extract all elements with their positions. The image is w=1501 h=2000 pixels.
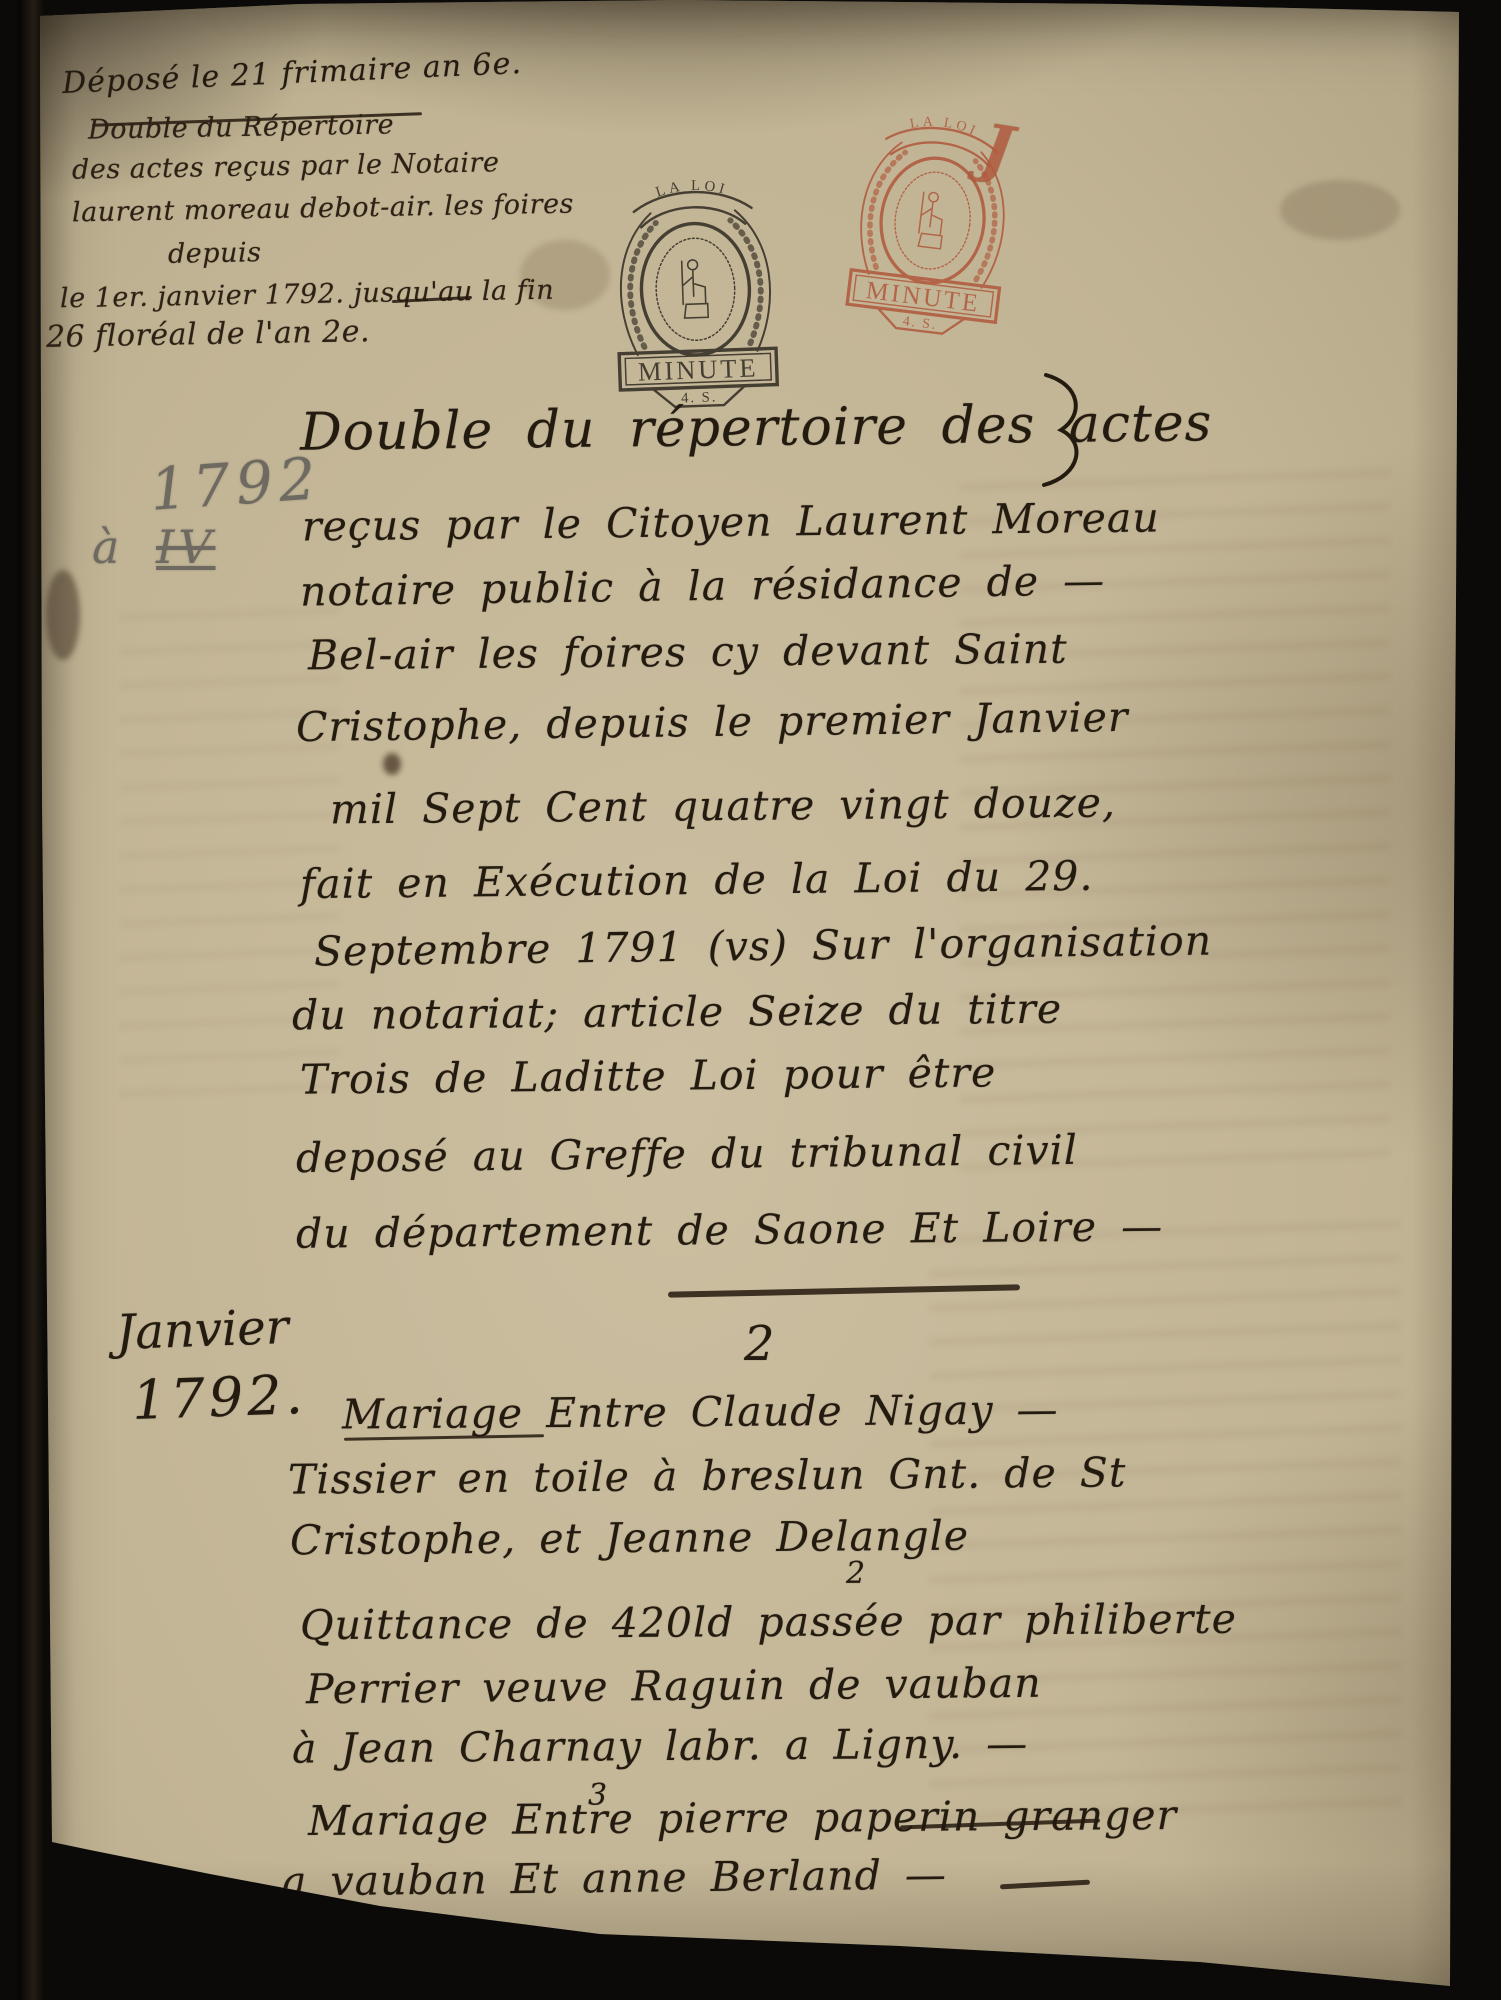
margin-month: Janvier <box>115 1299 289 1361</box>
stamp-label-text: MINUTE <box>637 352 759 386</box>
margin-year: 1792. <box>131 1363 308 1432</box>
stamp-banner-text: LA LOI <box>654 176 731 200</box>
body-line: Bel-air les foires cy devant Saint <box>308 625 1068 680</box>
entry-line: a vauban Et anne Berland — <box>282 1851 947 1906</box>
body-line: fait en Exécution de la Loi du 29. <box>300 852 1094 908</box>
justice-figure-icon <box>682 259 709 318</box>
pencil-volume-note: à IV <box>92 520 215 574</box>
margin-note-line: des actes reçus par le Notaire <box>72 147 500 185</box>
entry-line: à Jean Charnay labr. a Ligny. — <box>292 1719 1028 1772</box>
justice-figure-icon <box>917 191 947 248</box>
entry-line: Tissier en toile à breslun Gnt. de St <box>288 1448 1127 1503</box>
body-line: du département de Saone Et Loire — <box>296 1202 1163 1258</box>
minute-stamp-black-icon: LA LOI MINUTE 4. S. <box>587 142 802 411</box>
ink-blot <box>383 753 401 775</box>
entry-line: Mariage Entre pierre paperin granger <box>308 1791 1177 1845</box>
body-line: mil Sept Cent quatre vingt douze, <box>330 779 1116 834</box>
margin-note-line: depuis <box>168 237 262 270</box>
entry-line: Perrier veuve Raguin de vauban <box>306 1659 1042 1713</box>
body-line: du notariat; article Seize du titre <box>292 985 1063 1040</box>
margin-note-line: laurent moreau debot-air. les foires <box>72 189 574 229</box>
page-stain <box>46 570 80 660</box>
laurel-left-icon <box>855 139 907 277</box>
svg-text:LA LOI: LA LOI <box>907 111 981 140</box>
margin-note-line: le 1er. janvier 1792. jusqu'au la fin <box>60 275 555 315</box>
manuscript-scan: Déposé le 21 frimaire an 6e. Double du R… <box>0 0 1501 2000</box>
pencil-volume: IV <box>156 520 215 574</box>
flourish-bracket-icon <box>1026 370 1096 490</box>
body-line: Cristophe, depuis le premier Janvier <box>296 693 1129 751</box>
interline-number: 2 <box>846 1556 865 1591</box>
svg-text:LA LOI: LA LOI <box>654 176 731 200</box>
book-spine <box>18 0 44 2000</box>
entry-line: Cristophe, et Jeanne Delangle <box>290 1512 969 1565</box>
act-number: 2 <box>744 1316 775 1372</box>
dash-stroke <box>1000 1880 1090 1890</box>
deposit-note: Déposé le 21 frimaire an 6e. <box>61 46 522 101</box>
pencil-prefix: à <box>92 520 119 574</box>
margin-note-line: Double du Répertoire <box>88 109 395 145</box>
body-line: reçus par le Citoyen Laurent Moreau <box>302 494 1160 551</box>
laurel-left-icon <box>618 213 660 355</box>
manuscript-page: Déposé le 21 frimaire an 6e. Double du R… <box>0 0 1501 2000</box>
body-line: deposé au Greffe du tribunal civil <box>296 1126 1078 1182</box>
body-line: Trois de Laditte Loi pour être <box>300 1048 997 1103</box>
page-stain <box>1280 180 1400 240</box>
stamp-banner-text: LA LOI <box>907 111 981 140</box>
margin-note-line: 26 floréal de l'an 2e. <box>46 314 371 355</box>
entry-line: Mariage Entre Claude Nigay — <box>342 1385 1059 1438</box>
pencil-year-note: 1792 <box>148 444 324 524</box>
entry-line: Quittance de 420ld passée par philiberte <box>300 1595 1237 1650</box>
